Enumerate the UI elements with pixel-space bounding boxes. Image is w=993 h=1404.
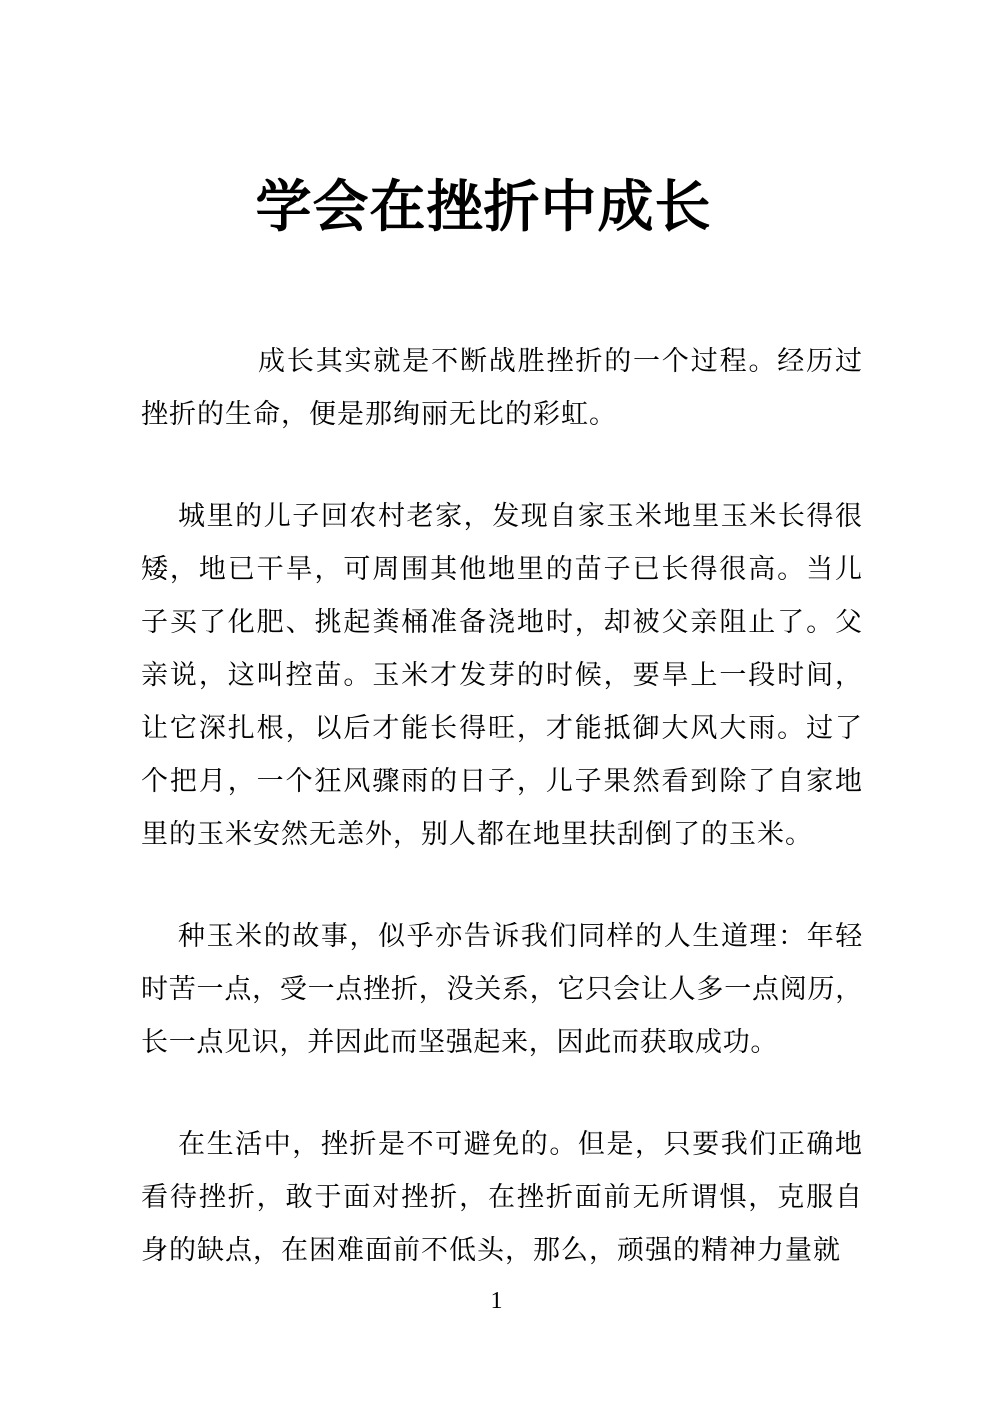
paragraph-conclusion: 在生活中，挫折是不可避免的。但是，只要我们正确地看待挫折，敢于面对挫折，在挫折面… [141, 1118, 863, 1277]
document-title: 学会在挫折中成长 [0, 0, 993, 244]
paragraph-life-lesson: 种玉米的故事，似乎亦告诉我们同样的人生道理：年轻时苦一点，受一点挫折，没关系，它… [141, 910, 863, 1069]
document-body: 成长其实就是不断战胜挫折的一个过程。经历过挫折的生命，便是那绚丽无比的彩虹。 城… [141, 335, 863, 1277]
paragraph-intro: 成长其实就是不断战胜挫折的一个过程。经历过挫折的生命，便是那绚丽无比的彩虹。 [141, 335, 863, 441]
paragraph-corn-story: 城里的儿子回农村老家，发现自家玉米地里玉米长得很矮，地已干旱，可周围其他地里的苗… [141, 490, 863, 861]
document-page: 学会在挫折中成长 成长其实就是不断战胜挫折的一个过程。经历过挫折的生命，便是那绚… [0, 0, 993, 1404]
page-number: 1 [0, 1288, 993, 1314]
